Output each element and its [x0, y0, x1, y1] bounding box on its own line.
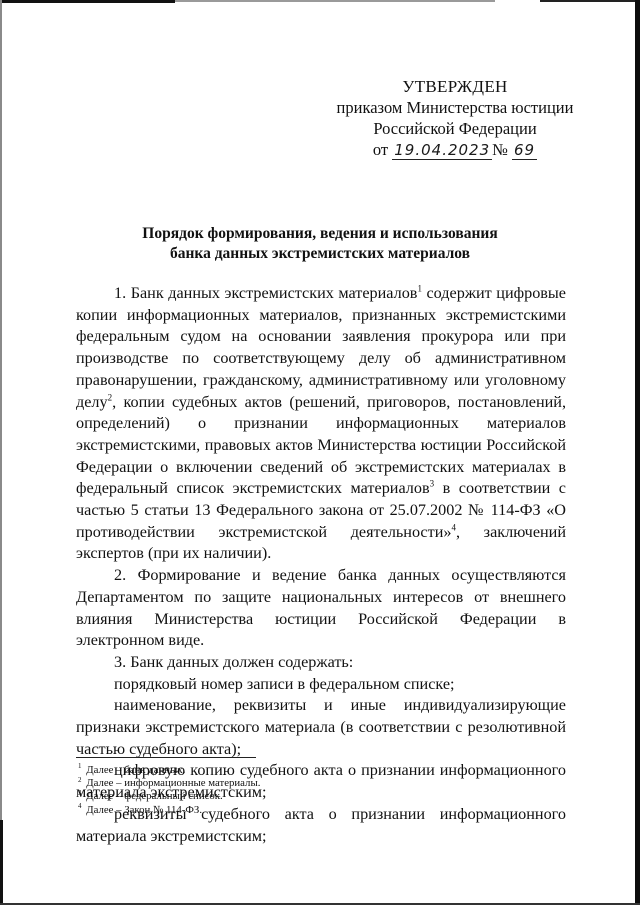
document-title: Порядок формирования, ведения и использо… — [100, 224, 540, 264]
paragraph-1: 1. Банк данных экстремистских материалов… — [76, 283, 566, 565]
scan-edge-top — [0, 0, 175, 3]
scan-edge-right — [635, 0, 640, 905]
approval-line-federation: Российской Федерации — [330, 118, 580, 139]
title-line-1: Порядок формирования, ведения и использо… — [100, 224, 540, 244]
scan-edge-left-dark — [0, 820, 3, 905]
handwritten-order-number: 69 — [512, 141, 537, 160]
footnote-4: 4 Далее – Закон № 114-ФЗ. — [78, 804, 378, 817]
footnote-2: 2 Далее – информационные материалы. — [78, 777, 378, 790]
approval-line-ministry: приказом Министерства юстиции — [330, 97, 580, 118]
paragraph-3-item-2: наименование, реквизиты и иные индивидуа… — [76, 695, 566, 760]
footnote-num-2: 2 — [78, 776, 82, 784]
handwritten-date: 19.04.2023 — [392, 141, 492, 160]
footnote-text-2: Далее – информационные материалы. — [86, 777, 260, 789]
footnote-text-3: Далее – федеральный список. — [86, 790, 223, 802]
date-prefix: от — [373, 140, 388, 159]
scan-edge-left — [0, 0, 2, 905]
footnote-num-1: 1 — [78, 762, 82, 770]
footnote-num-4: 4 — [78, 802, 82, 810]
approval-date-line: от 19.04.2023№ 69 — [330, 139, 580, 161]
paragraph-3: 3. Банк данных должен содержать: — [76, 652, 566, 674]
paragraph-3-item-1: порядковый номер записи в федеральном сп… — [76, 674, 566, 696]
footnote-1: 1 Далее – банк данных. — [78, 764, 378, 777]
footnote-text-4: Далее – Закон № 114-ФЗ. — [86, 804, 202, 816]
number-sign: № — [492, 140, 508, 159]
paragraph-2: 2. Формирование и ведение банка данных о… — [76, 565, 566, 652]
footnote-text-1: Далее – банк данных. — [86, 764, 185, 776]
scan-edge-top-gray — [175, 0, 495, 2]
footnote-separator — [76, 757, 256, 758]
footnotes: 1 Далее – банк данных. 2 Далее – информа… — [78, 764, 378, 817]
footnote-3: 3 Далее – федеральный список. — [78, 790, 378, 803]
footnote-num-3: 3 — [78, 789, 82, 797]
scan-edge-top-right — [540, 0, 640, 2]
title-line-2: банка данных экстремистских материалов — [100, 244, 540, 264]
approval-block: УТВЕРЖДЕН приказом Министерства юстиции … — [330, 76, 580, 161]
p1-part1: 1. Банк данных экстремистских материалов — [114, 284, 417, 302]
approval-stamp: УТВЕРЖДЕН — [330, 76, 580, 97]
document-body: 1. Банк данных экстремистских материалов… — [76, 283, 566, 847]
